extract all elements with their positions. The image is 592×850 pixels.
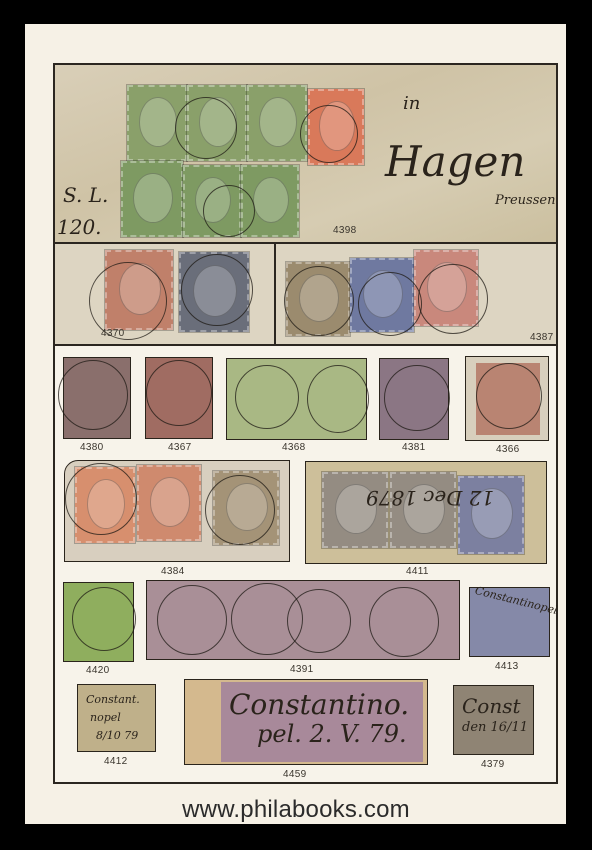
postmark <box>358 272 422 336</box>
handwriting: Const <box>462 694 521 718</box>
postmark <box>181 254 253 326</box>
lot-number: 4368 <box>282 442 305 453</box>
handwriting-120: 120. <box>57 215 102 239</box>
lot-number: 4384 <box>161 566 184 577</box>
postmark <box>300 105 358 163</box>
handwriting: Constantinopel <box>474 584 559 617</box>
handwriting: 8/10 79 <box>96 729 138 742</box>
lot-4413-stamp: Constantinopel <box>469 587 550 657</box>
lot-4412-stamp: Constant. nopel 8/10 79 <box>77 684 156 752</box>
handwriting: 12 Dec 1879 <box>366 486 494 510</box>
lot-4411-piece: 12 Dec 1879 <box>305 461 547 564</box>
stamp <box>247 85 307 161</box>
postmark <box>418 264 488 334</box>
lot-4384-piece <box>64 460 290 562</box>
lot-number: 4398 <box>333 225 356 236</box>
lot-4379-stamp: Const den 16/11 <box>453 685 534 755</box>
handwriting: Constant. <box>86 693 140 706</box>
lot-4381-stamp <box>379 358 449 440</box>
lot-4366-stamp <box>465 356 549 441</box>
lot-number: 4412 <box>104 756 127 767</box>
lot-number: 4459 <box>283 769 306 780</box>
lot-4420-stamp <box>63 582 134 662</box>
lot-4368-pair <box>226 358 367 440</box>
lot-number: 4367 <box>168 442 191 453</box>
lot-number: 4411 <box>406 566 429 577</box>
stamp <box>121 161 183 237</box>
handwriting-preussen: Preussen <box>495 193 555 208</box>
handwriting-hagen: Hagen <box>385 137 525 186</box>
handwriting-in: in <box>403 93 420 114</box>
lot-number: 4380 <box>80 442 103 453</box>
lot-4370-piece: 4370 <box>53 242 276 346</box>
postmark <box>175 97 237 159</box>
postmark <box>205 475 275 545</box>
postmark <box>65 463 137 535</box>
lot-4380-stamp <box>63 357 131 439</box>
handwriting: den 16/11 <box>462 720 528 735</box>
lot-number: 4366 <box>496 444 519 455</box>
handwriting: Constantino. <box>229 688 409 721</box>
stamp <box>390 472 456 548</box>
handwriting: pel. 2. V. 79. <box>257 720 407 748</box>
handwriting: nopel <box>90 711 121 724</box>
lot-4367-stamp <box>145 357 213 439</box>
lot-4391-strip <box>146 580 460 660</box>
postmark <box>284 266 354 336</box>
footer-url[interactable]: www.philabooks.com <box>0 796 592 824</box>
lot-4387-piece: 4387 <box>274 242 558 346</box>
postmark <box>203 185 255 237</box>
lot-4459-strip: Constantino. pel. 2. V. 79. <box>184 679 428 765</box>
lot-4398-cover: in Hagen Preussen S. L. 120. 4398 <box>53 63 558 244</box>
lot-number: 4391 <box>290 664 313 675</box>
lot-number: 4387 <box>530 332 553 343</box>
lot-number: 4379 <box>481 759 504 770</box>
lot-number: 4413 <box>495 661 518 672</box>
lot-number: 4381 <box>402 442 425 453</box>
lot-number: 4370 <box>101 328 124 339</box>
stamp <box>137 465 201 541</box>
handwriting-sl: S. L. <box>63 183 108 207</box>
lot-number: 4420 <box>86 665 109 676</box>
stamp <box>322 472 388 548</box>
